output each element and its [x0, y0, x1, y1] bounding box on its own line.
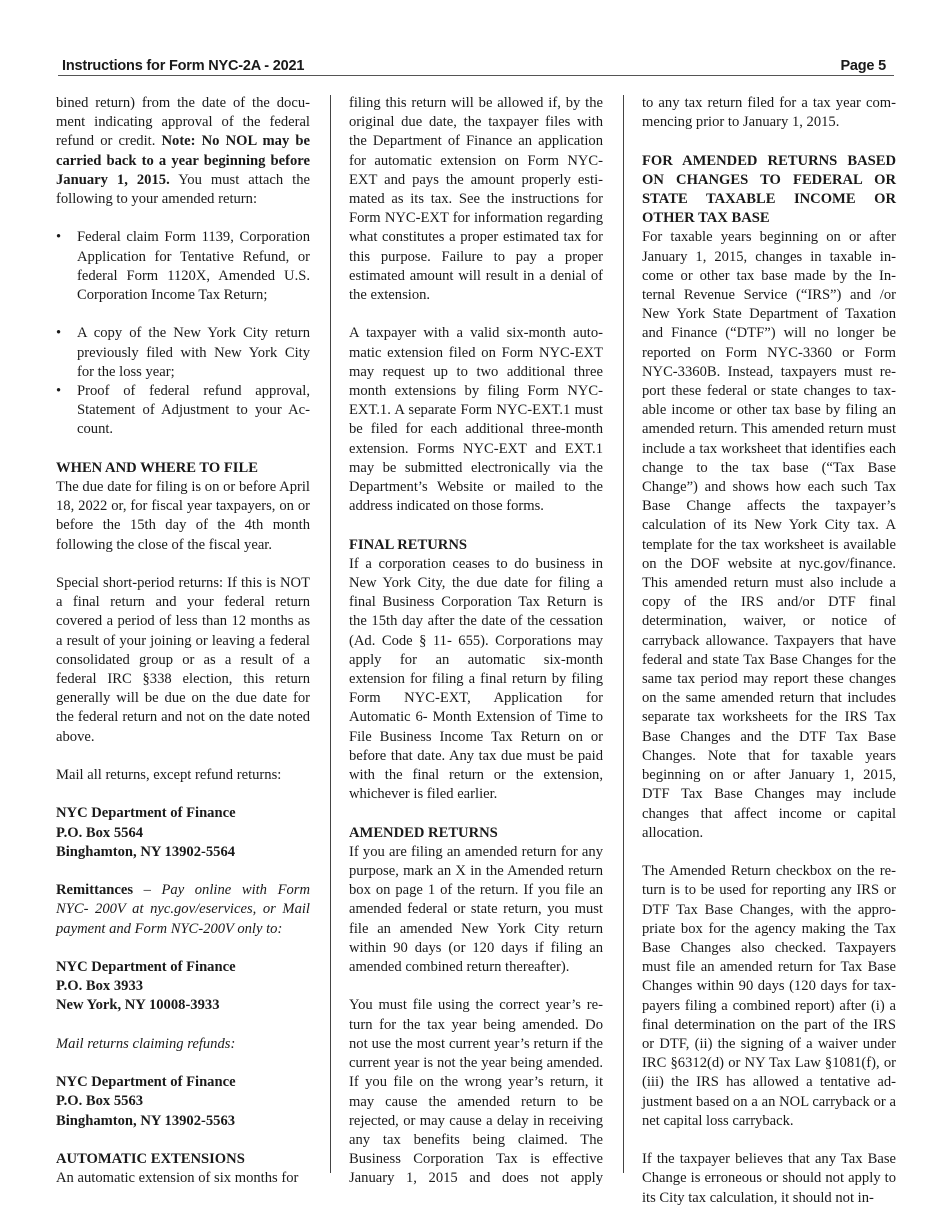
automatic-extension-paragraph-cont: filing this return will be allowed if, b… [349, 94, 603, 305]
mail-all-returns-text: Mail all returns, except refund returns: [56, 766, 310, 785]
section-heading-when-where: WHEN AND WHERE TO FILE [56, 459, 310, 478]
intro-paragraph: bined return) from the date of the docu­… [56, 94, 310, 209]
amended-checkbox-paragraph: The Amended Return checkbox on the re­tu… [642, 862, 896, 1131]
amended-returns-paragraph: If you are filing an amended return for … [349, 843, 603, 977]
section-heading-amended-returns: AMENDED RETURNS [349, 824, 603, 843]
automatic-extension-paragraph-start: An automatic extension of six months for [56, 1169, 310, 1188]
final-returns-paragraph: If a corporation ceases to do business i… [349, 555, 603, 805]
bullet-icon: • [56, 228, 61, 247]
bullet-icon: • [56, 324, 61, 343]
correct-year-paragraph-start: You must file using the correct year’s r… [349, 996, 603, 1188]
remittances-paragraph: Remittances – Pay online with Form NYC- … [56, 881, 310, 939]
section-heading-federal-state-changes: FOR AMENDED RETURNS BASED ON CHANGES TO … [642, 152, 896, 229]
bullet-icon: • [56, 382, 61, 401]
mailing-address-refunds: NYC Department of Finance P.O. Box 5563 … [56, 1073, 310, 1131]
page-header: Instructions for Form NYC-2A - 2021 Page… [58, 56, 894, 76]
short-period-paragraph: Special short-period returns: If this is… [56, 574, 310, 747]
list-item: •Proof of federal refund approval, State… [56, 382, 310, 440]
column-2: filing this return will be allowed if, b… [349, 94, 603, 1189]
additional-extension-paragraph: A taxpayer with a valid six-month auto­m… [349, 324, 603, 516]
list-item: •Federal claim Form 1139, Corpora­tion A… [56, 228, 310, 305]
section-heading-automatic-extensions: AUTOMATIC EXTENSIONS [56, 1150, 310, 1169]
section-heading-final-returns: FINAL RETURNS [349, 536, 603, 555]
mailing-address-remittances: NYC Department of Finance P.O. Box 3933 … [56, 958, 310, 1016]
column-divider [330, 95, 331, 1173]
column-3: to any tax return filed for a tax year c… [642, 94, 896, 1208]
document-title: Instructions for Form NYC-2A - 2021 [58, 57, 312, 75]
mailing-address-returns: NYC Department of Finance P.O. Box 5564 … [56, 804, 310, 862]
mail-refunds-text: Mail returns claiming refunds: [56, 1035, 310, 1054]
column-divider [623, 95, 624, 1173]
column-1: bined return) from the date of the docu­… [56, 94, 310, 1188]
erroneous-change-paragraph-start: If the taxpayer believes that any Tax Ba… [642, 1150, 896, 1208]
attachment-list: •Federal claim Form 1139, Corpora­tion A… [56, 228, 310, 439]
page-number: Page 5 [836, 57, 894, 75]
due-date-paragraph: The due date for filing is on or before … [56, 478, 310, 555]
tax-base-change-paragraph: For taxable years beginning on or after … [642, 228, 896, 843]
list-item: •A copy of the New York City return prev… [56, 324, 310, 382]
correct-year-paragraph-cont: to any tax return filed for a tax year c… [642, 94, 896, 132]
